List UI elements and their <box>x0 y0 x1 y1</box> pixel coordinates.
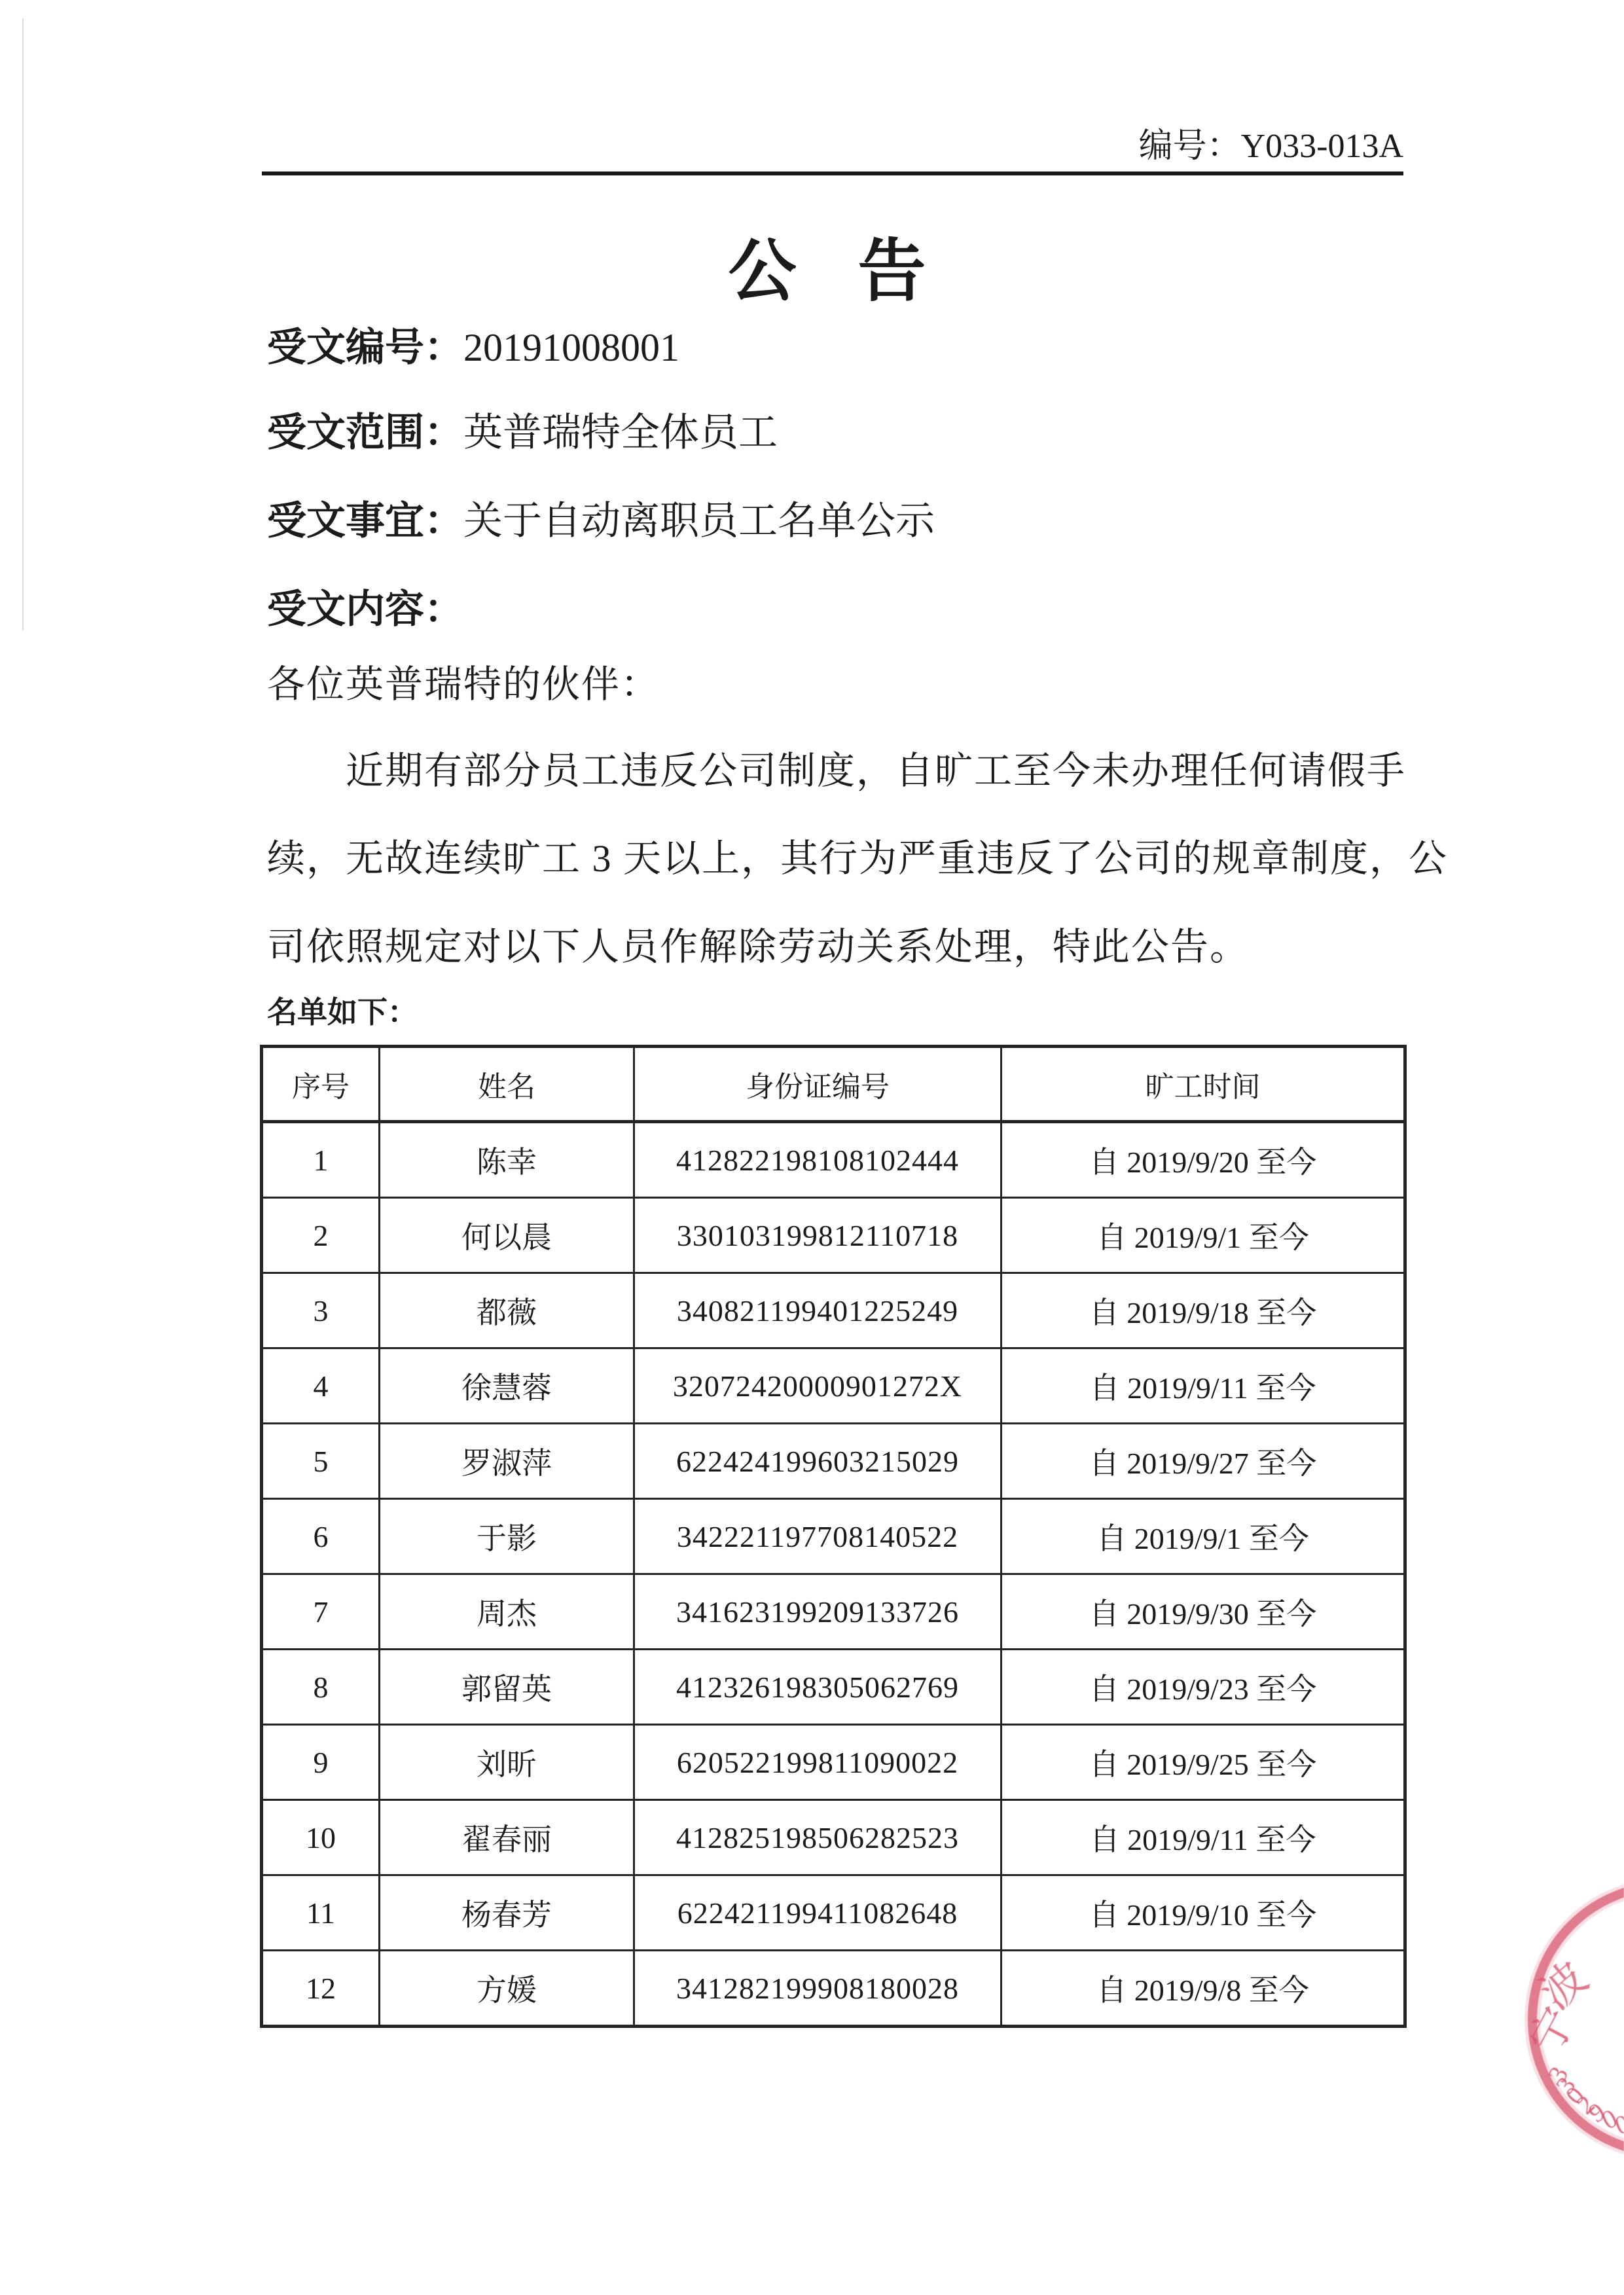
announcement-page: 编号：Y033-013A 公 告 受文编号：20191008001 受文范围：英… <box>0 0 1624 2295</box>
cell-name: 于影 <box>380 1499 634 1574</box>
meta-line-subject: 受文事宜：关于自动离职员工名单公示 <box>267 500 935 542</box>
cell-id: 342221197708140522 <box>634 1499 1001 1574</box>
cell-date: 自 2019/9/1 至今 <box>1001 1499 1405 1574</box>
cell-date: 自 2019/9/18 至今 <box>1001 1273 1405 1348</box>
cell-date: 自 2019/9/11 至今 <box>1001 1800 1405 1875</box>
cell-seq: 7 <box>262 1574 380 1650</box>
header-rule <box>262 172 1403 175</box>
absence-roster-table: 序号 姓名 身份证编号 旷工时间 1 陈幸 412822198108102444… <box>260 1045 1407 2028</box>
cell-seq: 2 <box>262 1198 380 1273</box>
cell-name: 罗淑萍 <box>380 1424 634 1499</box>
table-row: 9 刘昕 620522199811090022 自 2019/9/25 至今 <box>262 1725 1405 1800</box>
page-title: 公 告 <box>0 216 1624 314</box>
doc-number: 编号：Y033-013A <box>1139 128 1403 165</box>
red-seal-stamp: 宁 波 3 3 0 2 9 0 0 <box>1499 1862 1624 2177</box>
cell-seq: 9 <box>262 1725 380 1800</box>
col-header-name: 姓名 <box>380 1047 634 1122</box>
cell-seq: 4 <box>262 1348 380 1424</box>
cell-id: 32072420000901272X <box>634 1348 1001 1424</box>
cell-id: 341282199908180028 <box>634 1951 1001 2027</box>
meta-label: 受文事宜： <box>267 499 463 543</box>
meta-label: 受文范围： <box>267 411 463 454</box>
cell-name: 都薇 <box>380 1273 634 1348</box>
cell-name: 徐慧蓉 <box>380 1348 634 1424</box>
cell-date: 自 2019/9/10 至今 <box>1001 1875 1405 1951</box>
cell-id: 412326198305062769 <box>634 1650 1001 1725</box>
cell-date: 自 2019/9/8 至今 <box>1001 1951 1405 2027</box>
cell-date: 自 2019/9/1 至今 <box>1001 1198 1405 1273</box>
meta-line-content: 受文内容： <box>267 588 463 630</box>
meta-label: 受文编号： <box>267 326 463 369</box>
cell-date: 自 2019/9/27 至今 <box>1001 1424 1405 1499</box>
meta-value: 20191008001 <box>463 326 679 369</box>
cell-seq: 1 <box>262 1122 380 1198</box>
table-row: 12 方媛 341282199908180028 自 2019/9/8 至今 <box>262 1951 1405 2027</box>
cell-id: 340821199401225249 <box>634 1273 1001 1348</box>
cell-name: 杨春芳 <box>380 1875 634 1951</box>
cell-date: 自 2019/9/25 至今 <box>1001 1725 1405 1800</box>
cell-seq: 10 <box>262 1800 380 1875</box>
table-row: 5 罗淑萍 622424199603215029 自 2019/9/27 至今 <box>262 1424 1405 1499</box>
table-row: 10 翟春丽 412825198506282523 自 2019/9/11 至今 <box>262 1800 1405 1875</box>
meta-value: 关于自动离职员工名单公示 <box>463 499 935 543</box>
col-header-id: 身份证编号 <box>634 1047 1001 1122</box>
cell-id: 341623199209133726 <box>634 1574 1001 1650</box>
cell-date: 自 2019/9/20 至今 <box>1001 1122 1405 1198</box>
meta-value: 英普瑞特全体员工 <box>463 411 778 454</box>
paragraph-line: 续，无故连续旷工 3 天以上，其行为严重违反了公司的规章制度，公 <box>267 838 1448 880</box>
cell-id: 330103199812110718 <box>634 1198 1001 1273</box>
table-row: 6 于影 342221197708140522 自 2019/9/1 至今 <box>262 1499 1405 1574</box>
cell-seq: 6 <box>262 1499 380 1574</box>
cell-name: 周杰 <box>380 1574 634 1650</box>
meta-line-scope: 受文范围：英普瑞特全体员工 <box>267 412 778 454</box>
table-row: 8 郭留英 412326198305062769 自 2019/9/23 至今 <box>262 1650 1405 1725</box>
cell-name: 陈幸 <box>380 1122 634 1198</box>
table-row: 2 何以晨 330103199812110718 自 2019/9/1 至今 <box>262 1198 1405 1273</box>
cell-id: 622421199411082648 <box>634 1875 1001 1951</box>
paragraph-line: 司依照规定对以下人员作解除劳动关系处理，特此公告。 <box>267 926 1249 968</box>
cell-name: 郭留英 <box>380 1650 634 1725</box>
cell-seq: 8 <box>262 1650 380 1725</box>
doc-number-value: Y033-013A <box>1241 128 1403 165</box>
col-header-date: 旷工时间 <box>1001 1047 1405 1122</box>
table-row: 4 徐慧蓉 32072420000901272X 自 2019/9/11 至今 <box>262 1348 1405 1424</box>
cell-name: 何以晨 <box>380 1198 634 1273</box>
salutation: 各位英普瑞特的伙伴： <box>267 664 660 706</box>
table-header-row: 序号 姓名 身份证编号 旷工时间 <box>262 1047 1405 1122</box>
col-header-seq: 序号 <box>262 1047 380 1122</box>
list-intro: 名单如下： <box>267 996 418 1029</box>
paragraph-line: 近期有部分员工违反公司制度，自旷工至今未办理任何请假手 <box>346 750 1406 792</box>
cell-name: 翟春丽 <box>380 1800 634 1875</box>
table-row: 1 陈幸 412822198108102444 自 2019/9/20 至今 <box>262 1122 1405 1198</box>
cell-date: 自 2019/9/11 至今 <box>1001 1348 1405 1424</box>
table-row: 7 周杰 341623199209133726 自 2019/9/30 至今 <box>262 1574 1405 1650</box>
scan-edge-artifact <box>22 18 24 630</box>
cell-date: 自 2019/9/30 至今 <box>1001 1574 1405 1650</box>
cell-seq: 3 <box>262 1273 380 1348</box>
meta-line-doc-id: 受文编号：20191008001 <box>267 327 679 369</box>
cell-id: 620522199811090022 <box>634 1725 1001 1800</box>
cell-date: 自 2019/9/23 至今 <box>1001 1650 1405 1725</box>
cell-name: 方媛 <box>380 1951 634 2027</box>
doc-number-label: 编号： <box>1139 128 1241 165</box>
cell-id: 622424199603215029 <box>634 1424 1001 1499</box>
cell-id: 412822198108102444 <box>634 1122 1001 1198</box>
table-row: 11 杨春芳 622421199411082648 自 2019/9/10 至今 <box>262 1875 1405 1951</box>
meta-label: 受文内容： <box>267 588 463 631</box>
cell-seq: 11 <box>262 1875 380 1951</box>
table-row: 3 都薇 340821199401225249 自 2019/9/18 至今 <box>262 1273 1405 1348</box>
cell-seq: 12 <box>262 1951 380 2027</box>
cell-seq: 5 <box>262 1424 380 1499</box>
cell-name: 刘昕 <box>380 1725 634 1800</box>
cell-id: 412825198506282523 <box>634 1800 1001 1875</box>
